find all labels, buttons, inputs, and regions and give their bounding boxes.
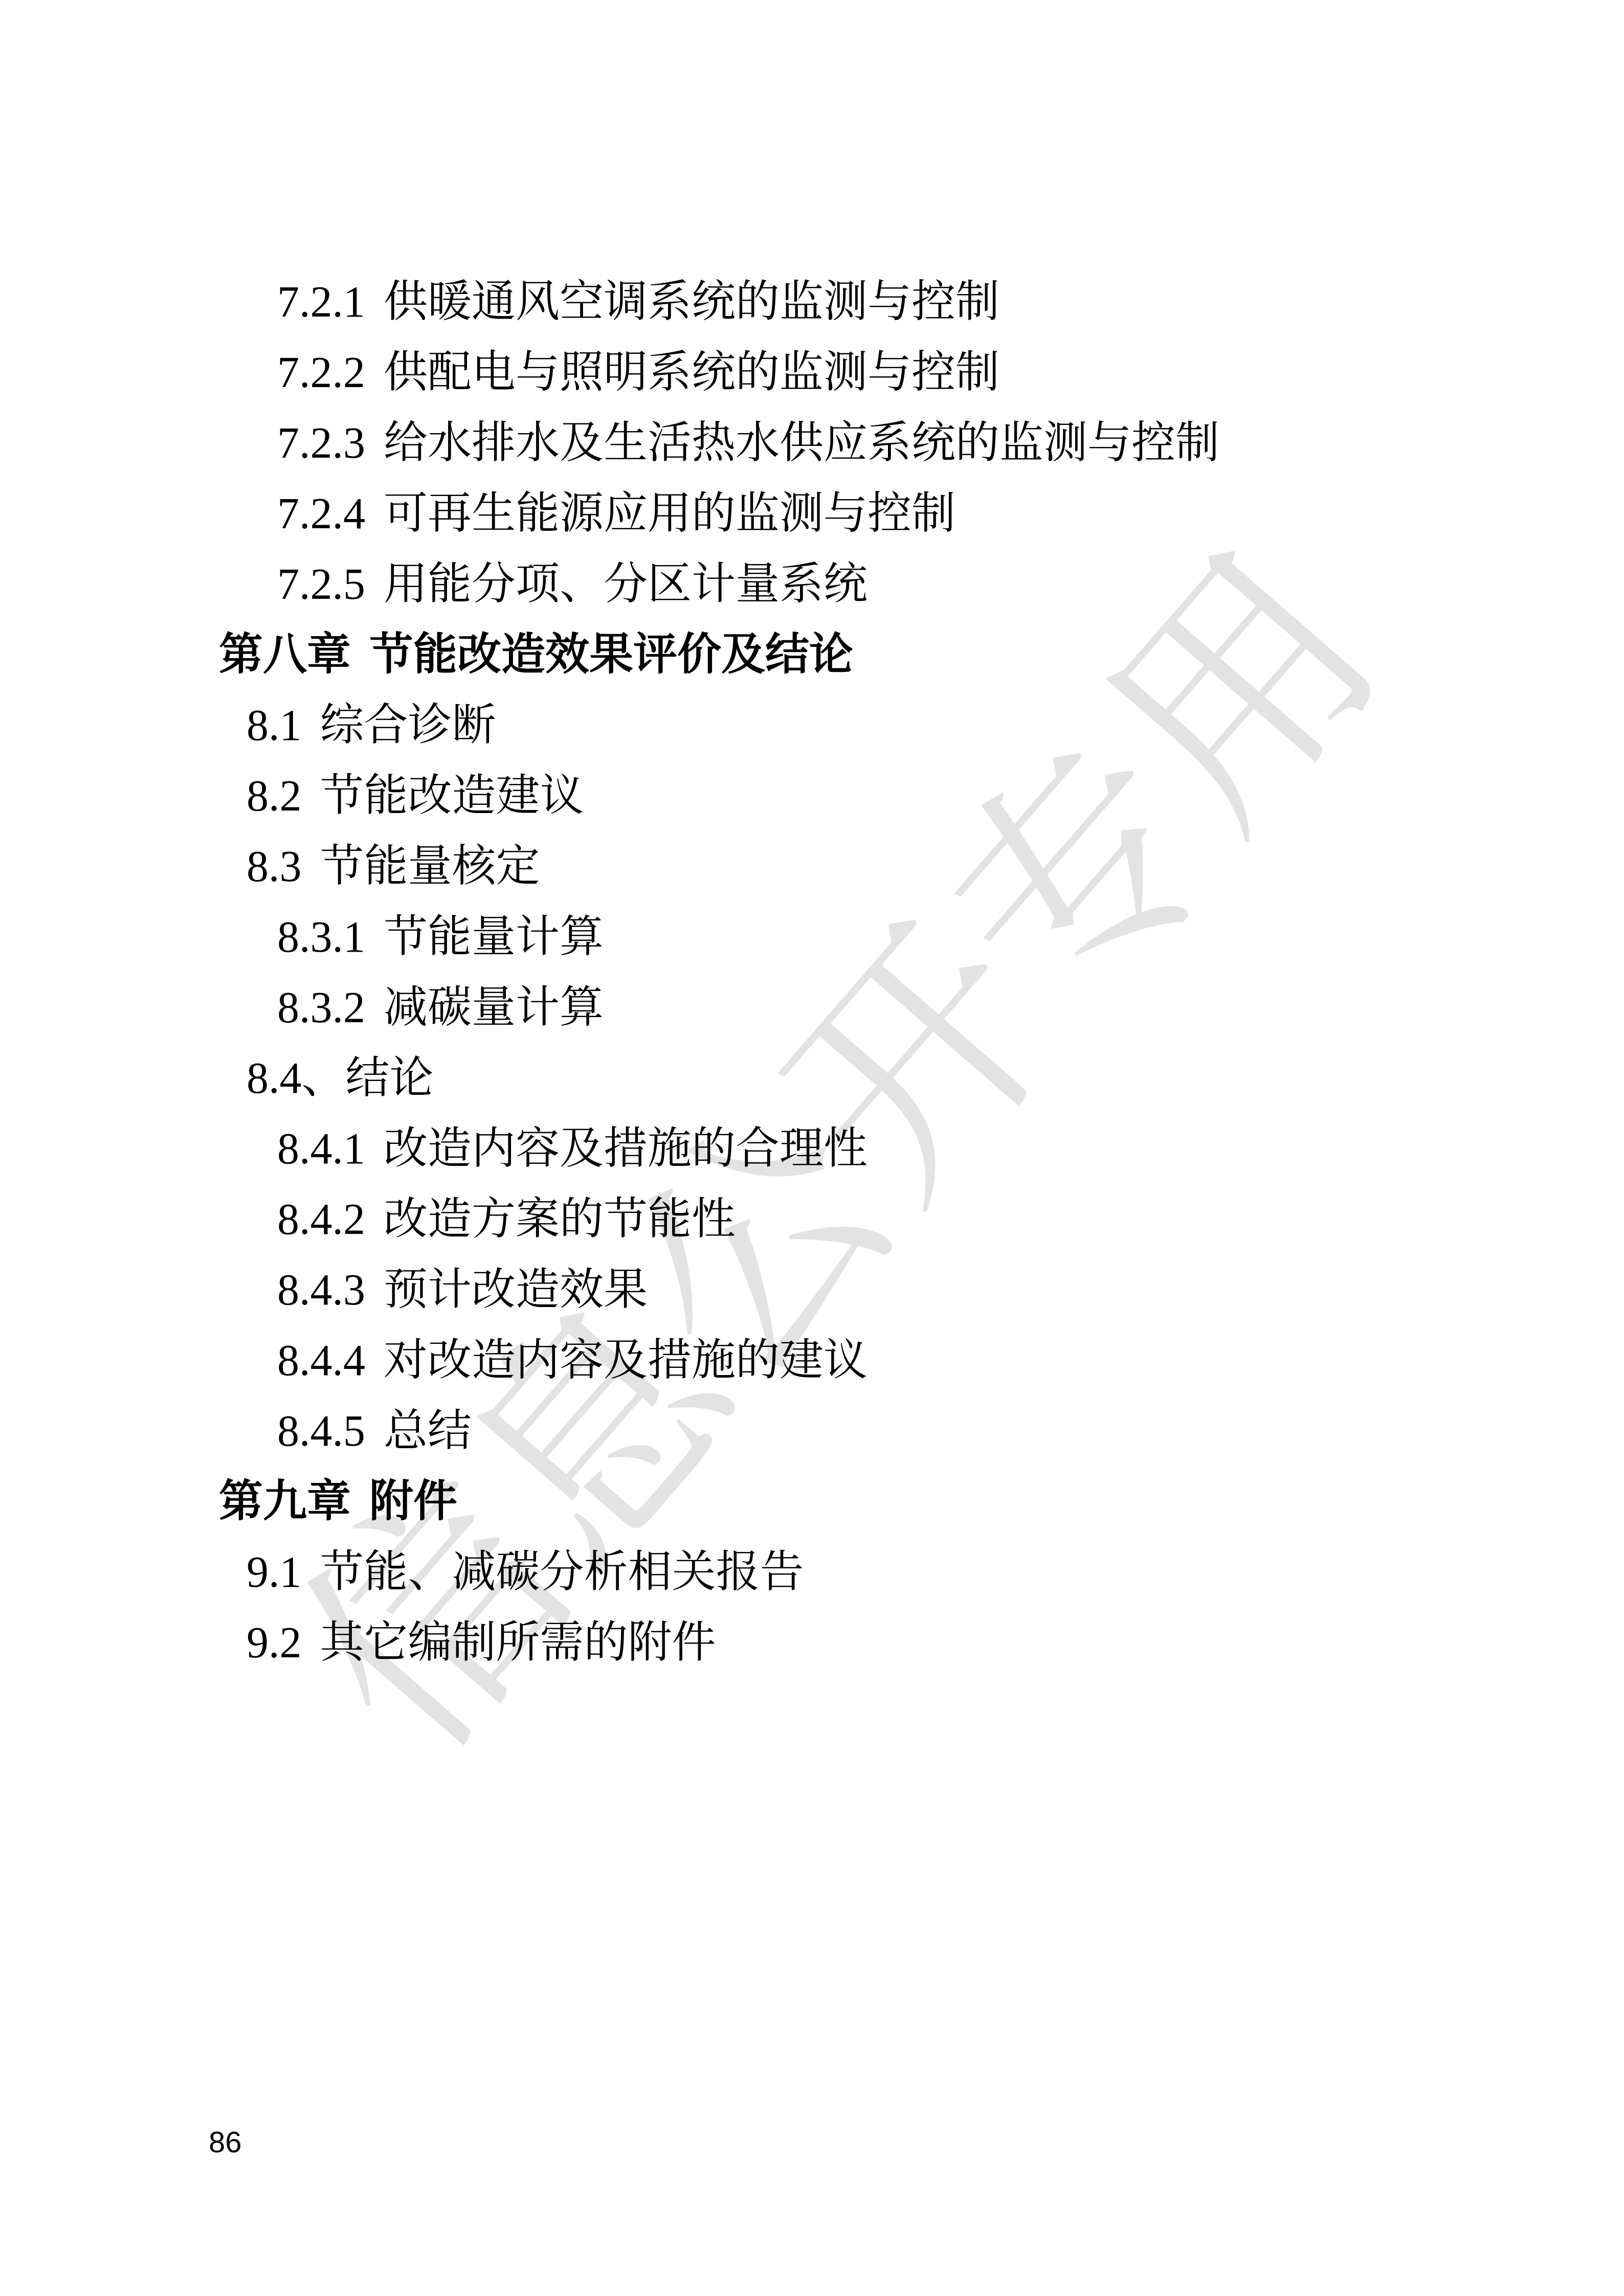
- toc-item-title: 用能分项、分区计量系统: [384, 559, 867, 609]
- toc-item-number: 7.2.2: [277, 348, 365, 397]
- toc-line: 8.4、结论: [0, 1043, 1624, 1113]
- toc-item-title: 节能改造效果评价及结论: [369, 630, 853, 679]
- toc-item-number: 8.4.4: [277, 1336, 365, 1385]
- toc-item-number: 8.2: [247, 771, 302, 820]
- page-number: 86: [209, 2126, 242, 2159]
- toc-item-number: 7.2.3: [277, 418, 365, 467]
- toc-item-title: 附件: [369, 1477, 457, 1526]
- toc-item-number: 第九章: [219, 1477, 351, 1526]
- toc-item-title: 其它编制所需的附件: [320, 1618, 716, 1667]
- toc-item-title: 给水排水及生活热水供应系统的监测与控制: [384, 418, 1219, 467]
- toc-line: 8.1综合诊断: [0, 690, 1624, 760]
- toc-item-number: 8.3.2: [277, 983, 365, 1032]
- toc-line: 9.1节能、减碳分析相关报告: [0, 1537, 1624, 1607]
- toc-line: 8.4.1改造内容及措施的合理性: [0, 1113, 1624, 1184]
- toc-item-title: 改造内容及措施的合理性: [384, 1124, 867, 1173]
- toc-item-number: 8.3.1: [277, 912, 365, 961]
- toc-item-title: 供暖通风空调系统的监测与控制: [384, 277, 999, 326]
- toc-item-title: 节能量核定: [320, 842, 540, 891]
- toc-item-title: 节能改造建议: [320, 771, 584, 820]
- toc-item-title: 节能量计算: [384, 912, 604, 961]
- toc-item-number: 9.2: [247, 1618, 302, 1667]
- toc-line: 8.3.2减碳量计算: [0, 972, 1624, 1043]
- toc-line: 7.2.4可再生能源应用的监测与控制: [0, 478, 1624, 549]
- toc-item-number: 8.4.5: [277, 1406, 365, 1455]
- toc-line: 7.2.2供配电与照明系统的监测与控制: [0, 337, 1624, 408]
- toc-list: 7.2.1供暖通风空调系统的监测与控制 7.2.2供配电与照明系统的监测与控制 …: [0, 266, 1624, 1678]
- toc-line: 8.4.3预计改造效果: [0, 1254, 1624, 1325]
- toc-item-title: 综合诊断: [320, 701, 496, 750]
- toc-item-number: 7.2.1: [277, 277, 365, 326]
- toc-line: 第九章附件: [0, 1466, 1624, 1537]
- toc-item-title: 结论: [346, 1053, 434, 1102]
- toc-item-title: 预计改造效果: [384, 1265, 648, 1314]
- document-page: 信息公开专用 7.2.1供暖通风空调系统的监测与控制 7.2.2供配电与照明系统…: [0, 0, 1624, 2296]
- toc-item-number: 8.1: [247, 701, 302, 750]
- toc-line: 9.2其它编制所需的附件: [0, 1607, 1624, 1678]
- toc-line: 第八章节能改造效果评价及结论: [0, 619, 1624, 690]
- toc-item-number: 7.2.4: [277, 489, 365, 538]
- toc-item-number: 8.4.3: [277, 1265, 365, 1314]
- toc-item-number: 第八章: [219, 630, 351, 679]
- toc-item-title: 减碳量计算: [384, 983, 604, 1032]
- toc-line: 8.3.1节能量计算: [0, 902, 1624, 972]
- toc-item-number: 8.4.2: [277, 1195, 365, 1244]
- toc-item-title: 供配电与照明系统的监测与控制: [384, 348, 999, 397]
- toc-item-title: 改造方案的节能性: [384, 1195, 736, 1244]
- toc-item-number: 8.4.1: [277, 1124, 365, 1173]
- toc-line: 8.4.2改造方案的节能性: [0, 1184, 1624, 1254]
- toc-item-title: 节能、减碳分析相关报告: [320, 1547, 804, 1596]
- toc-item-title: 可再生能源应用的监测与控制: [384, 489, 955, 538]
- toc-line: 7.2.3给水排水及生活热水供应系统的监测与控制: [0, 408, 1624, 478]
- toc-item-number: 8.4、: [247, 1053, 346, 1102]
- toc-line: 8.4.4对改造内容及措施的建议: [0, 1325, 1624, 1395]
- toc-item-title: 对改造内容及措施的建议: [384, 1336, 867, 1385]
- toc-item-number: 7.2.5: [277, 559, 365, 609]
- toc-item-number: 8.3: [247, 842, 302, 891]
- toc-item-title: 总结: [384, 1406, 472, 1455]
- toc-line: 8.2节能改造建议: [0, 760, 1624, 831]
- toc-line: 8.4.5总结: [0, 1395, 1624, 1466]
- toc-item-number: 9.1: [247, 1547, 302, 1596]
- toc-line: 7.2.1供暖通风空调系统的监测与控制: [0, 266, 1624, 337]
- toc-line: 7.2.5用能分项、分区计量系统: [0, 549, 1624, 619]
- toc-line: 8.3节能量核定: [0, 831, 1624, 902]
